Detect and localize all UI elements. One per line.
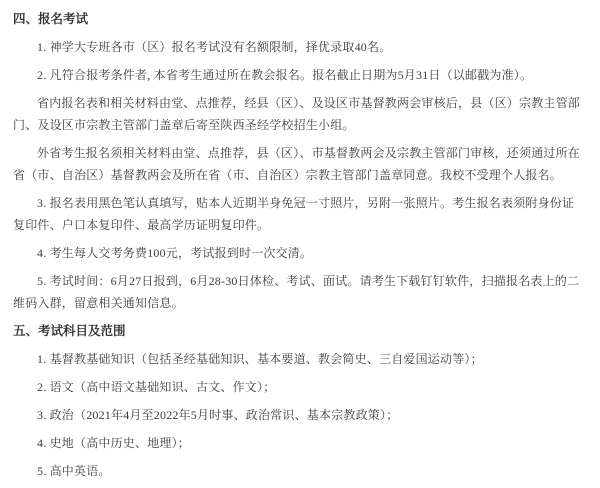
paragraph-exam-fee: 4. 考生每人交考务费100元，考试报到时一次交清。	[13, 242, 586, 264]
paragraph-exam-time: 5. 考试时间：6月27日报到，6月28-30日体检、考试、面试。请考生下载钉钉…	[13, 270, 586, 314]
paragraph-deadline: 2. 凡符合报考条件者, 本省考生通过所在教会报名。报名截止日期为5月31日（以…	[13, 64, 586, 86]
paragraph-subject-chinese: 2. 语文（高中语文基础知识、古文、作文）；	[13, 376, 586, 398]
section-registration: 四、报名考试 1. 神学大专班各市（区）报名考试没有名额限制，择优录取40名。 …	[13, 8, 586, 314]
paragraph-subject-history-geography: 4. 史地（高中历史、地理）；	[13, 432, 586, 454]
section-heading-registration: 四、报名考试	[13, 8, 586, 30]
section-heading-exam-subjects: 五、考试科目及范围	[13, 320, 586, 342]
paragraph-in-province: 省内报名表和相关材料由堂、点推荐，经县（区）、及设区市基督教两会审核后，县（区）…	[13, 92, 586, 136]
document-page: 四、报名考试 1. 神学大专班各市（区）报名考试没有名额限制，择优录取40名。 …	[0, 0, 600, 488]
paragraph-subject-christianity: 1. 基督教基础知识（包括圣经基础知识、基本要道、教会简史、三自爱国运动等）；	[13, 348, 586, 370]
paragraph-subject-politics: 3. 政治（2021年4月至2022年5月时事、政治常识、基本宗教政策）；	[13, 404, 586, 426]
paragraph-quota: 1. 神学大专班各市（区）报名考试没有名额限制，择优录取40名。	[13, 36, 586, 58]
paragraph-form-filling: 3. 报名表用黑色笔认真填写，贴本人近期半身免冠一寸照片，另附一张照片。考生报名…	[13, 192, 586, 236]
paragraph-out-of-province: 外省考生报名须相关材料由堂、点推荐，县（区）、市基督教两会及宗教主管部门审核，还…	[13, 142, 586, 186]
paragraph-subject-english: 5. 高中英语。	[13, 460, 586, 482]
section-exam-subjects: 五、考试科目及范围 1. 基督教基础知识（包括圣经基础知识、基本要道、教会简史、…	[13, 320, 586, 482]
